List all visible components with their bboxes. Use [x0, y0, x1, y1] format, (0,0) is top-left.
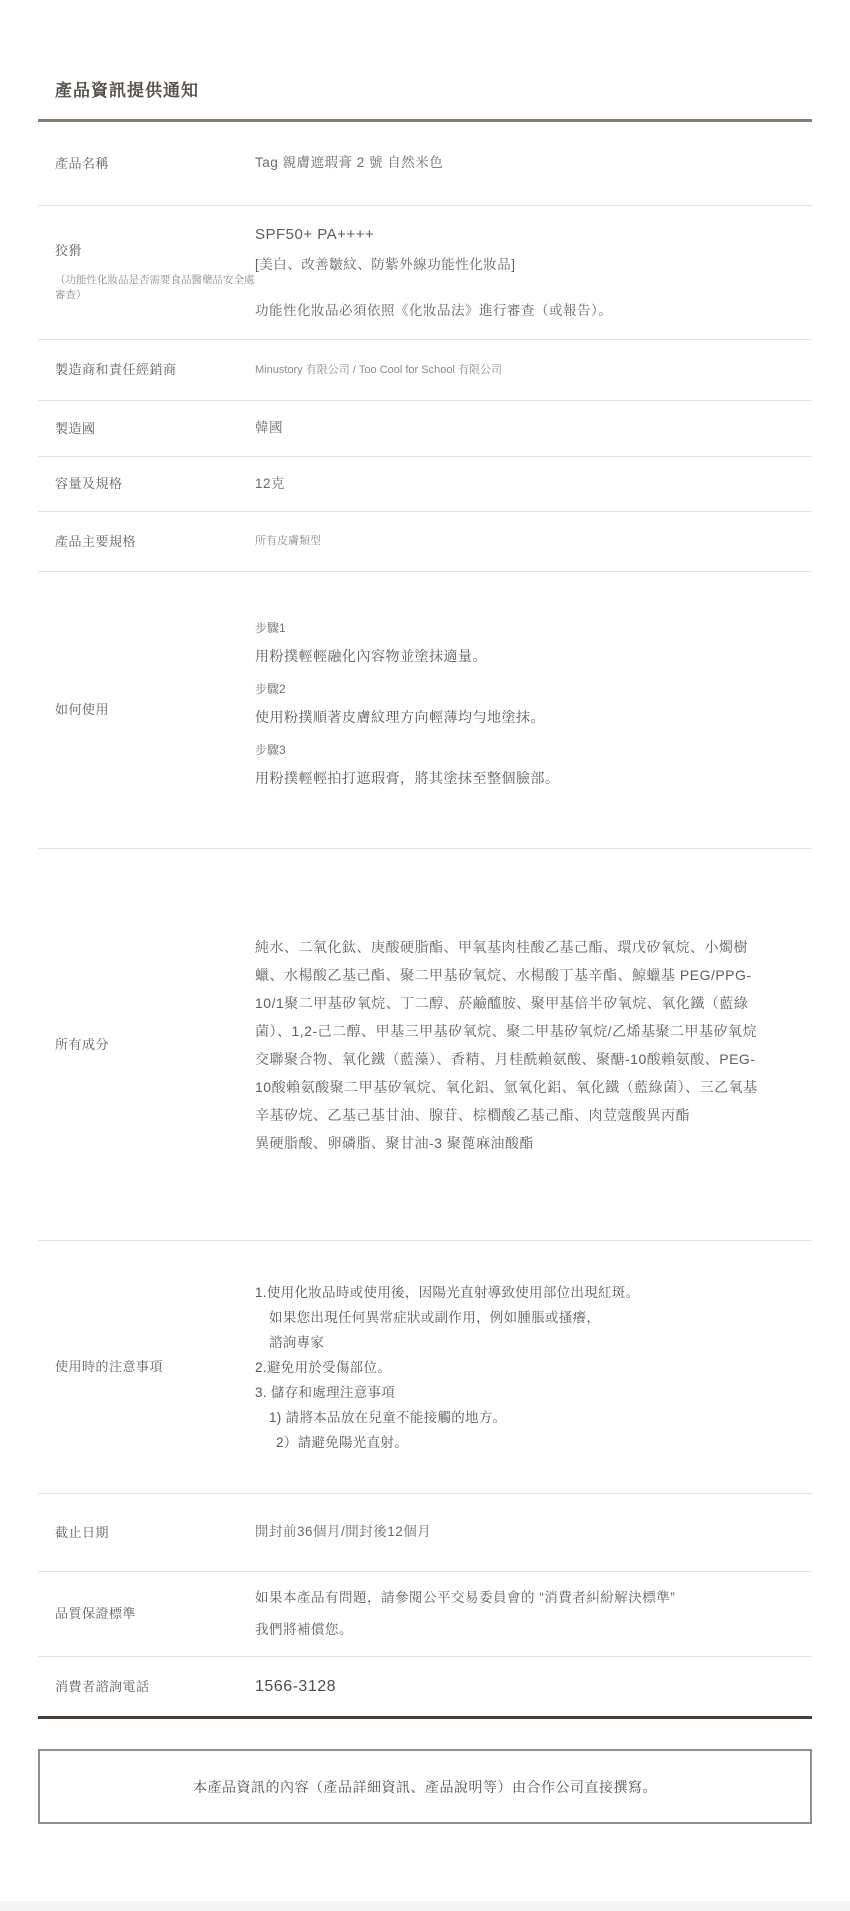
phone-label: 消費者諮詢電話	[38, 1677, 255, 1697]
spf-rating: SPF50+ PA++++	[255, 224, 812, 247]
product-name-label: 產品名稱	[38, 154, 255, 174]
country-label: 製造國	[38, 419, 255, 439]
row-how-to-use: 如何使用 步驟1 用粉撲輕輕融化內容物並塗抹適量。 步驟2 使用粉撲順著皮膚紋理…	[38, 572, 812, 849]
precaution-line: 諮詢專家	[255, 1330, 780, 1355]
page-title: 產品資訊提供通知	[38, 0, 812, 101]
volume-value: 12克	[255, 474, 812, 494]
step-title: 步驟1	[255, 619, 812, 637]
precautions-label: 使用時的注意事項	[38, 1357, 255, 1377]
product-name-value: Tag 親膚遮瑕膏 2 號 自然米色	[255, 153, 812, 173]
ingredients-label: 所有成分	[38, 1035, 255, 1055]
step-text: 使用粉撲順著皮膚紋理方向輕薄均勻地塗抹。	[255, 707, 812, 728]
expiry-label: 截止日期	[38, 1523, 255, 1543]
row-main-spec: 產品主要規格 所有皮膚類型	[38, 512, 812, 572]
efficacy-value-block: SPF50+ PA++++ [美白、改善皺紋、防紫外線功能性化妝品] 功能性化妝…	[255, 224, 812, 321]
efficacy-label: 狡猾	[55, 241, 255, 261]
ingredients-block: 純水、二氧化鈦、庚酸硬脂酯、甲氧基肉桂酸乙基己酯、環戊矽氧烷、小燭樹蠟、水楊酸乙…	[255, 933, 812, 1157]
precaution-line: 3. 儲存和處理注意事項	[255, 1380, 780, 1405]
ingredients-paragraph-2: 異硬脂酸、卵磷脂、聚甘油-3 聚蓖麻油酸酯	[255, 1129, 763, 1157]
bottom-thick-divider	[38, 1716, 812, 1719]
manufacturer-value: Minustory 有限公司 / Too Cool for School 有限公…	[255, 362, 812, 379]
quality-line: 我們將補償您。	[255, 1614, 812, 1646]
step-text: 用粉撲輕輕拍打遮瑕膏，將其塗抹至整個臉部。	[255, 768, 812, 789]
functional-category: [美白、改善皺紋、防紫外線功能性化妝品]	[255, 255, 812, 275]
row-quality: 品質保證標準 如果本產品有問題，請參閱公平交易委員會的 “消費者糾紛解決標準” …	[38, 1572, 812, 1657]
ingredients-paragraph-1: 純水、二氧化鈦、庚酸硬脂酯、甲氧基肉桂酸乙基己酯、環戊矽氧烷、小燭樹蠟、水楊酸乙…	[255, 933, 763, 1129]
precaution-line: 2）請避免陽光直射。	[255, 1430, 780, 1455]
bottom-section-strip	[0, 1901, 850, 1911]
step-text: 用粉撲輕輕融化內容物並塗抹適量。	[255, 646, 812, 667]
efficacy-sublabel: （功能性化妝品是否需要食品醫藥品安全處審查）	[55, 273, 255, 305]
how-to-use-label: 如何使用	[38, 700, 255, 720]
quality-label: 品質保證標準	[38, 1604, 255, 1624]
how-to-use-steps: 步驟1 用粉撲輕輕融化內容物並塗抹適量。 步驟2 使用粉撲順著皮膚紋理方向輕薄均…	[255, 619, 812, 802]
row-precautions: 使用時的注意事項 1.使用化妝品時或使用後，因陽光直射導致使用部位出現紅斑。 如…	[38, 1241, 812, 1494]
usage-step: 步驟1 用粉撲輕輕融化內容物並塗抹適量。	[255, 619, 812, 667]
quality-line: 如果本產品有問題，請參閱公平交易委員會的 “消費者糾紛解決標準”	[255, 1582, 812, 1614]
precaution-line: 如果您出現任何異常症狀或副作用，例如腫脹或搔癢，	[255, 1305, 780, 1330]
main-spec-value: 所有皮膚類型	[255, 533, 812, 550]
precaution-line: 2.避免用於受傷部位。	[255, 1355, 780, 1380]
product-info-section: 產品資訊提供通知 產品名稱 Tag 親膚遮瑕膏 2 號 自然米色 狡猾 （功能性…	[0, 0, 850, 1719]
country-value: 韓國	[255, 418, 812, 438]
row-phone: 消費者諮詢電話 1566-3128	[38, 1657, 812, 1716]
usage-step: 步驟3 用粉撲輕輕拍打遮瑕膏，將其塗抹至整個臉部。	[255, 741, 812, 789]
efficacy-label-block: 狡猾 （功能性化妝品是否需要食品醫藥品安全處審查）	[38, 241, 255, 304]
row-manufacturer: 製造商和責任經銷商 Minustory 有限公司 / Too Cool for …	[38, 340, 812, 401]
footer-notice-box: 本產品資訊的內容（產品詳細資訊、產品說明等）由合作公司直接撰寫。	[38, 1749, 812, 1824]
precaution-line: 1) 請將本品放在兒童不能接觸的地方。	[255, 1405, 780, 1430]
quality-block: 如果本產品有問題，請參閱公平交易委員會的 “消費者糾紛解決標準” 我們將補償您。	[255, 1582, 812, 1646]
manufacturer-label: 製造商和責任經銷商	[38, 360, 255, 380]
step-title: 步驟2	[255, 680, 812, 698]
expiry-value: 開封前36個月/開封後12個月	[255, 1522, 812, 1542]
precaution-line: 1.使用化妝品時或使用後，因陽光直射導致使用部位出現紅斑。	[255, 1280, 780, 1305]
row-expiry: 截止日期 開封前36個月/開封後12個月	[38, 1494, 812, 1572]
row-volume: 容量及規格 12克	[38, 457, 812, 512]
row-product-name: 產品名稱 Tag 親膚遮瑕膏 2 號 自然米色	[38, 122, 812, 206]
regulation-note: 功能性化妝品必須依照《化妝品法》進行審查（或報告）。	[255, 301, 812, 321]
main-spec-label: 產品主要規格	[38, 532, 255, 552]
row-ingredients: 所有成分 純水、二氧化鈦、庚酸硬脂酯、甲氧基肉桂酸乙基己酯、環戊矽氧烷、小燭樹蠟…	[38, 849, 812, 1241]
row-country: 製造國 韓國	[38, 401, 812, 457]
row-efficacy: 狡猾 （功能性化妝品是否需要食品醫藥品安全處審查） SPF50+ PA++++ …	[38, 206, 812, 340]
step-title: 步驟3	[255, 741, 812, 759]
usage-step: 步驟2 使用粉撲順著皮膚紋理方向輕薄均勻地塗抹。	[255, 680, 812, 728]
volume-label: 容量及規格	[38, 474, 255, 494]
footer-notice-text: 本產品資訊的內容（產品詳細資訊、產品說明等）由合作公司直接撰寫。	[193, 1777, 657, 1797]
precautions-block: 1.使用化妝品時或使用後，因陽光直射導致使用部位出現紅斑。 如果您出現任何異常症…	[255, 1280, 780, 1455]
phone-value: 1566-3128	[255, 1675, 812, 1699]
